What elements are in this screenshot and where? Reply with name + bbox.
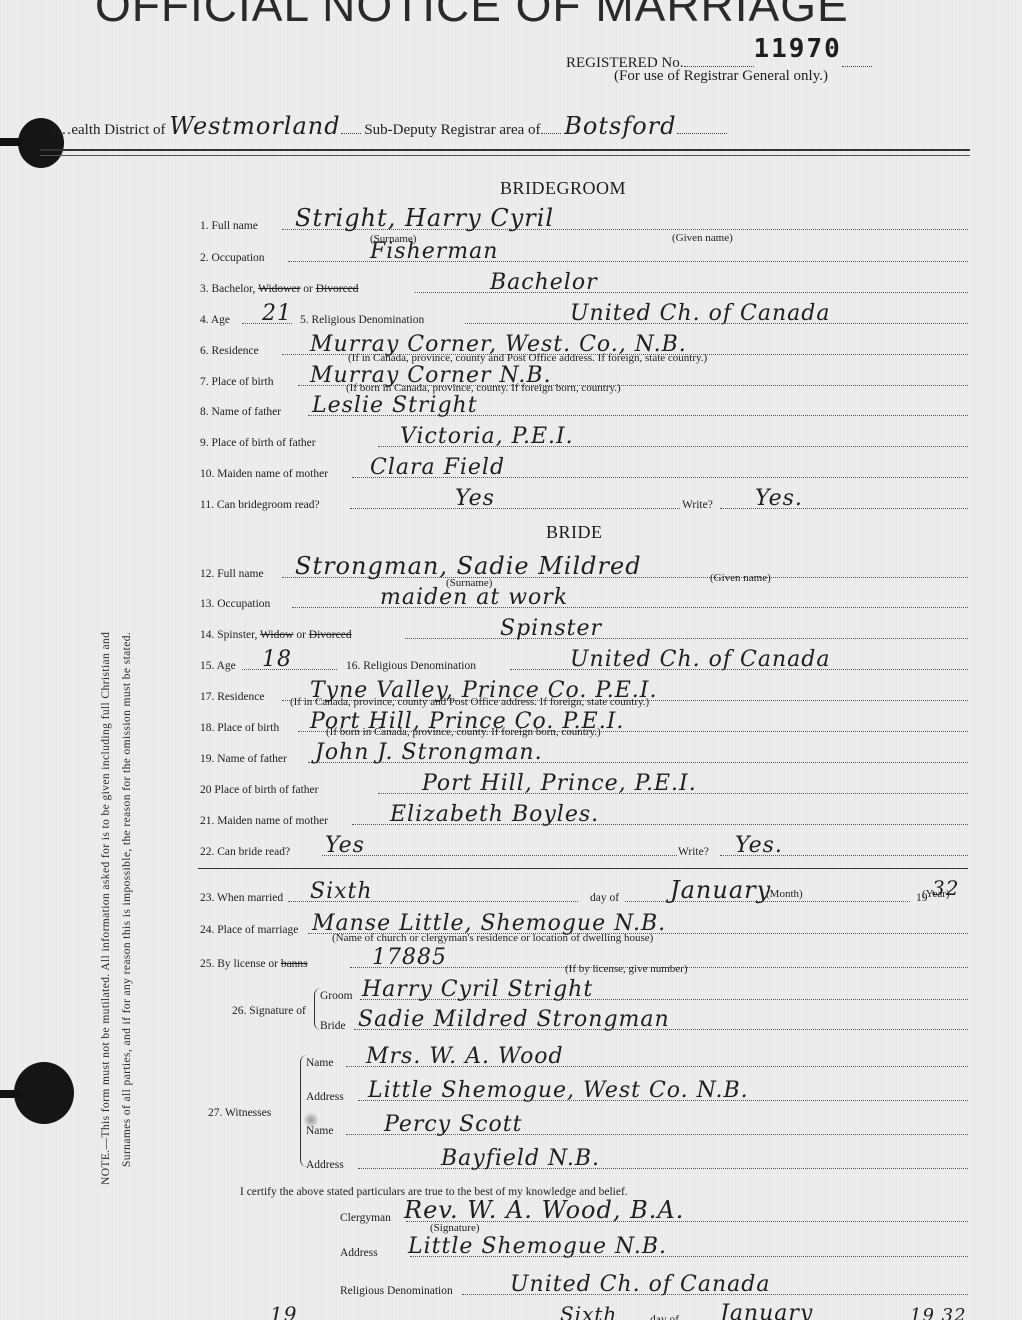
marriage-notice-page: OFFICIAL NOTICE OF MARRIAGE REGISTERED N… (0, 0, 1022, 1320)
bride-father-name: John J. Strongman. (315, 740, 543, 765)
registered-number: 11970 (754, 34, 842, 64)
dotted-line (842, 65, 872, 67)
field-label: Groom (320, 990, 353, 1002)
groom-can-read: Yes (455, 486, 495, 511)
field-label: 8. Name of father (200, 406, 281, 418)
groom-marital-status-row: 3. Bachelor, Widower or Divorced Bachelo… (200, 271, 968, 297)
witness-2-address-row: Address Bayfield N.B. (306, 1147, 968, 1173)
groom-signature: Harry Cyril Stright (362, 977, 593, 1002)
field-label: 2. Occupation (200, 252, 265, 264)
sub-deputy-value: Botsford (564, 112, 676, 140)
dotted-line (405, 638, 968, 639)
label-struck: banns (281, 958, 308, 970)
side-note-line-1: NOTE.—This form must not be mutilated. A… (96, 405, 117, 1185)
dotted-line (350, 508, 680, 509)
bride-occupation-row: 13. Occupation maiden at work (200, 586, 968, 612)
bride-occupation: maiden at work (380, 585, 568, 610)
field-label: day of (650, 1314, 679, 1320)
field-label: Write? (682, 499, 713, 511)
witness-1-name: Mrs. W. A. Wood (366, 1044, 564, 1069)
filed-date-row: 19 Sixth day of January 19 32 (270, 1302, 968, 1320)
field-label: 21. Maiden name of mother (200, 815, 328, 827)
header-divider (40, 149, 970, 156)
dotted-line (341, 132, 361, 134)
bride-signature-row: Bride Sadie Mildred Strongman (320, 1008, 968, 1034)
bride-marital-status: Spinster (500, 616, 602, 641)
witness-1-address-row: Address Little Shemogue, West Co. N.B. (306, 1079, 968, 1105)
label-struck: Widow (260, 629, 293, 641)
sub-deputy-label: Sub-Deputy Registrar area of (364, 122, 540, 138)
filed-day: Sixth (560, 1302, 617, 1320)
filed-year: 19 32 (910, 1305, 967, 1320)
field-label: Religious Denomination (340, 1285, 453, 1297)
field-label: 5. Religious Denomination (300, 314, 424, 326)
field-label: 17. Residence (200, 691, 265, 703)
field-label: Name (306, 1057, 333, 1069)
groom-full-name-row: 1. Full name Stright, Harry Cyril (200, 208, 968, 234)
clergyman-signature: Rev. W. A. Wood, B.A. (404, 1196, 684, 1224)
bride-heading: BRIDE (546, 522, 603, 543)
groom-age-religion-row: 4. Age 21 5. Religious Denomination Unit… (200, 302, 968, 328)
field-label: 25. By license or banns (200, 958, 308, 970)
field-label: 22. Can bride read? (200, 846, 290, 858)
side-note: NOTE.—This form must not be mutilated. A… (96, 405, 138, 1185)
filed-month: January (720, 1301, 813, 1320)
signature-label: 26. Signature of (232, 1005, 306, 1017)
given-name-hint: (Given name) (710, 572, 771, 584)
field-label: 19. Name of father (200, 753, 287, 765)
field-label: 4. Age (200, 314, 230, 326)
field-label: 16. Religious Denomination (346, 660, 476, 672)
field-label: Address (340, 1247, 378, 1259)
groom-father-name: Leslie Stright (312, 393, 478, 418)
dotted-line (322, 855, 677, 856)
witness-2-name: Percy Scott (384, 1112, 522, 1137)
bridegroom-heading: BRIDEGROOM (500, 178, 626, 199)
field-label: 10. Maiden name of mother (200, 468, 328, 480)
birthplace-hint: (If born in Canada, province, county. If… (326, 726, 601, 738)
license-number: 17885 (372, 945, 447, 970)
witness-2-name-row: Name Percy Scott (306, 1113, 968, 1139)
groom-literacy-row: 11. Can bridegroom read? Yes Write? Yes. (200, 487, 968, 513)
bride-age: 18 (262, 647, 292, 672)
dotted-line (541, 132, 561, 134)
bride-father-birthplace: Port Hill, Prince, P.E.I. (422, 771, 697, 796)
label-part: 3. Bachelor, (200, 283, 258, 295)
district-label: S…ealth District of (48, 122, 165, 138)
groom-signature-row: Groom Harry Cyril Stright (320, 978, 968, 1004)
dotted-line (677, 132, 727, 134)
groom-occupation-row: 2. Occupation Fisherman (200, 240, 968, 266)
groom-religion: United Ch. of Canada (570, 301, 831, 326)
groom-age: 21 (262, 301, 292, 326)
license-hint: (If by license, give number) (565, 963, 687, 975)
signature-hint: (Signature) (430, 1222, 479, 1234)
groom-occupation: Fisherman (370, 239, 498, 264)
field-label: Write? (678, 846, 709, 858)
month-hint: (Month) (766, 888, 803, 900)
district-value: Westmorland (169, 112, 340, 140)
clergyman-address-row: Address Little Shemogue N.B. (340, 1235, 968, 1261)
marriage-day: Sixth (310, 879, 373, 904)
label-part: 25. By license or (200, 958, 281, 970)
bride-full-name: Strongman, Sadie Mildred (295, 552, 642, 580)
field-label: 1. Full name (200, 220, 258, 232)
clergyman-denomination-row: Religious Denomination United Ch. of Can… (340, 1273, 968, 1299)
groom-full-name: Stright, Harry Cyril (295, 204, 554, 232)
side-note-line-2: Surnames of all parties, and if for any … (117, 405, 138, 1185)
field-label: 20 Place of birth of father (200, 784, 318, 796)
groom-marital-status: Bachelor (490, 270, 598, 295)
year-hint: (Year) (922, 888, 950, 900)
marriage-month: January (670, 876, 771, 904)
filed-prefix: 19 (270, 1302, 297, 1320)
bride-father-row: 19. Name of father John J. Strongman. (200, 741, 968, 767)
clergyman-address: Little Shemogue N.B. (408, 1234, 667, 1259)
field-label: 9. Place of birth of father (200, 437, 316, 449)
field-label: 11. Can bridegroom read? (200, 499, 320, 511)
field-label: Name (306, 1125, 333, 1137)
punch-hole (14, 1062, 74, 1124)
bride-can-write: Yes. (735, 833, 783, 858)
field-label: 15. Age (200, 660, 236, 672)
field-label: Address (306, 1159, 344, 1171)
bride-full-name-row: 12. Full name Strongman, Sadie Mildred (200, 556, 968, 582)
field-label: 13. Occupation (200, 598, 270, 610)
bride-signature: Sadie Mildred Strongman (358, 1007, 670, 1032)
bride-mother-row: 21. Maiden name of mother Elizabeth Boyl… (200, 803, 968, 829)
field-label: 23. When married (200, 892, 283, 904)
district-row: S…ealth District of Westmorland Sub-Depu… (18, 112, 978, 140)
field-label: 18. Place of birth (200, 722, 279, 734)
groom-father-birthplace: Victoria, P.E.I. (400, 424, 574, 449)
bride-can-read: Yes (325, 833, 365, 858)
section-divider (198, 868, 968, 869)
field-label: 24. Place of marriage (200, 924, 298, 936)
bride-literacy-row: 22. Can bride read? Yes Write? Yes. (200, 834, 968, 860)
field-label: 7. Place of birth (200, 376, 273, 388)
label-struck: Divorced (316, 283, 359, 295)
label-part: or (300, 283, 315, 295)
when-married-row: 23. When married Sixth day of January 19… (200, 880, 968, 906)
label-part: or (293, 629, 308, 641)
groom-mother-maiden-name: Clara Field (370, 455, 505, 480)
groom-can-write: Yes. (755, 486, 803, 511)
field-label: day of (590, 892, 619, 904)
field-label: 14. Spinster, Widow or Divorced (200, 629, 352, 641)
field-label: Address (306, 1091, 344, 1103)
witnesses-label: 27. Witnesses (208, 1107, 271, 1119)
document-title: OFFICIAL NOTICE OF MARRIAGE (95, 0, 915, 32)
bride-father-birthplace-row: 20 Place of birth of father Port Hill, P… (200, 772, 968, 798)
bride-marital-status-row: 14. Spinster, Widow or Divorced Spinster (200, 617, 968, 643)
witness-2-address: Bayfield N.B. (441, 1146, 600, 1171)
field-label: 3. Bachelor, Widower or Divorced (200, 283, 359, 295)
bride-mother-maiden-name: Elizabeth Boyles. (390, 802, 599, 827)
field-label: 6. Residence (200, 345, 259, 357)
residence-hint: (If in Canada, province, county and Post… (290, 696, 649, 708)
field-label: Clergyman (340, 1212, 391, 1224)
punch-hole-tab (0, 1090, 22, 1098)
label-part: 14. Spinster, (200, 629, 260, 641)
registrar-note: (For use of Registrar General only.) (614, 68, 828, 85)
groom-father-row: 8. Name of father Leslie Stright (200, 394, 968, 420)
field-label: Bride (320, 1020, 346, 1032)
groom-mother-row: 10. Maiden name of mother Clara Field (200, 456, 968, 482)
groom-father-birthplace-row: 9. Place of birth of father Victoria, P.… (200, 425, 968, 451)
field-label: 12. Full name (200, 568, 264, 580)
bride-religion: United Ch. of Canada (570, 647, 831, 672)
clergyman-denomination: United Ch. of Canada (510, 1272, 771, 1297)
bride-age-religion-row: 15. Age 18 16. Religious Denomination Un… (200, 648, 968, 674)
place-hint: (Name of church or clergyman's residence… (332, 932, 653, 944)
dotted-line (684, 65, 754, 67)
label-struck: Widower (258, 283, 300, 295)
witness-1-address: Little Shemogue, West Co. N.B. (368, 1078, 749, 1103)
witness-1-name-row: Name Mrs. W. A. Wood (306, 1045, 968, 1071)
label-struck: Divorced (309, 629, 352, 641)
